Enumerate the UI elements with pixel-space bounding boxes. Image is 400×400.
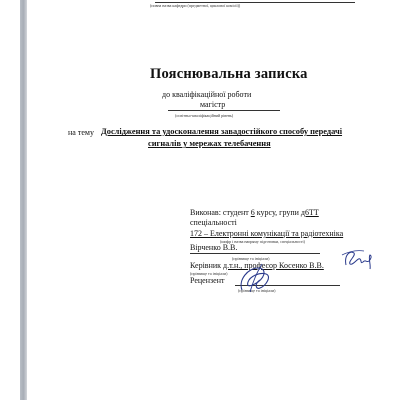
- performed-line: Виконав: студент 6 курсу, групи д6ТТ: [190, 208, 319, 217]
- degree-caption: (освітньо-кваліфікаційний рівень): [175, 113, 233, 118]
- reviewer-signature-icon: [236, 262, 280, 296]
- supervisor-label: Керівник: [190, 261, 221, 270]
- topic-line-2: сигналів у мережах телебачення: [148, 139, 271, 148]
- topic-prefix: на тему: [68, 128, 94, 137]
- course-suffix: курсу, групи: [257, 208, 299, 217]
- subtitle: до кваліфікаційної роботи: [162, 90, 251, 99]
- performed-prefix: Виконав: студент: [190, 208, 249, 217]
- degree-rule: [168, 110, 280, 111]
- specialty-value: 172 – Електронні комунікації та радіотех…: [190, 229, 343, 238]
- supervisor-signature-icon: [340, 247, 380, 271]
- scan-edge-strip: [20, 0, 27, 400]
- header-caption: (повна назва кафедри (предметної, циклов…: [150, 3, 240, 8]
- course-number: 6: [251, 208, 255, 217]
- specialty-label: спеціальності: [190, 218, 237, 227]
- page-title: Пояснювальна записка: [150, 66, 308, 83]
- degree: магістр: [200, 100, 225, 109]
- student-rule: [190, 253, 320, 254]
- student-name: Вірченко В.В.: [190, 243, 237, 252]
- group-name: д6ТТ: [301, 208, 319, 217]
- reviewer-label: Рецензент: [190, 276, 225, 285]
- topic-line-1: Дослідження та удосконалення завадостійк…: [101, 127, 342, 136]
